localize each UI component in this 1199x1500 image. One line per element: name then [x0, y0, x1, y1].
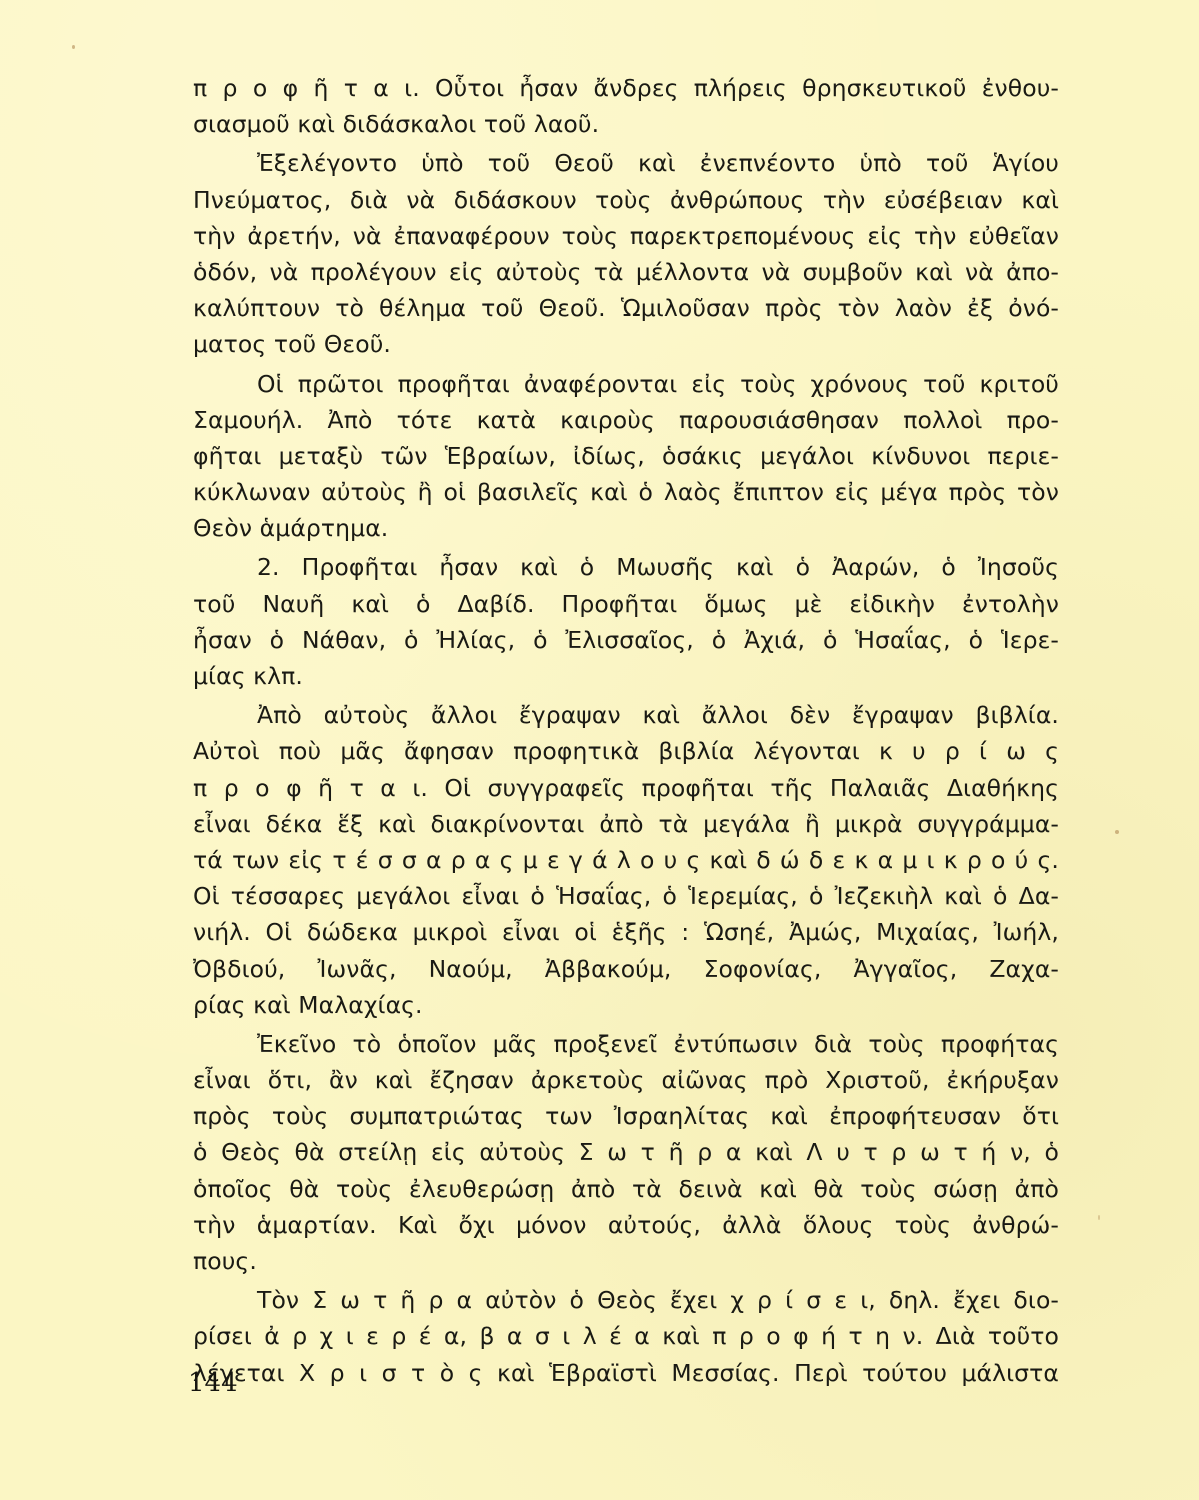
- text-line: λέγεται Χ ρ ι σ τ ὸ ς καὶ Ἑβραϊστὶ Μεσσί…: [193, 1355, 1059, 1391]
- text-line: π ρ ο φ ῆ τ α ι. Οἱ συγγραφεῖς προφῆται …: [193, 770, 1059, 806]
- text-line: κύκλωναν αὐτοὺς ἢ οἱ βασιλεῖς καὶ ὁ λαὸς…: [193, 474, 1059, 510]
- text-line: Αὐτοὶ ποὺ μᾶς ἄφησαν προφητικὰ βιβλία λέ…: [193, 733, 1059, 769]
- text-line: ὁ Θεὸς θὰ στείλῃ εἰς αὐτοὺς Σ ω τ ῆ ρ α …: [193, 1134, 1059, 1170]
- text-line: τά των εἰς τ έ σ σ α ρ α ς μ ε γ ά λ ο υ…: [193, 842, 1059, 878]
- text-line: μίας κλπ.: [193, 658, 1059, 694]
- paragraph: Ἐξελέγοντο ὑπὸ τοῦ Θεοῦ καὶ ἐνεπνέοντο ὑ…: [193, 145, 1059, 362]
- paper-speck: [1115, 830, 1119, 834]
- paragraph: Τὸν Σ ω τ ῆ ρ α αὐτὸν ὁ Θεὸς ἔχει χ ρ ί …: [193, 1282, 1059, 1391]
- paragraph: 2. Προφῆται ἦσαν καὶ ὁ Μωυσῆς καὶ ὁ Ἀαρώ…: [193, 549, 1059, 694]
- text-line: Πνεύματος, διὰ νὰ διδάσκουν τοὺς ἀνθρώπο…: [193, 182, 1059, 218]
- text-line: Σαμουήλ. Ἀπὸ τότε κατὰ καιροὺς παρουσιάσ…: [193, 402, 1059, 438]
- text-line: εἶναι δέκα ἕξ καὶ διακρίνονται ἀπὸ τὰ με…: [193, 806, 1059, 842]
- text-line: ἦσαν ὁ Νάθαν, ὁ Ἠλίας, ὁ Ἐλισσαῖος, ὁ Ἀχ…: [193, 622, 1059, 658]
- text-line: εἶναι ὅτι, ἂν καὶ ἔζησαν ἀρκετοὺς αἰῶνας…: [193, 1062, 1059, 1098]
- text-line: φῆται μεταξὺ τῶν Ἑβραίων, ἰδίως, ὁσάκις …: [193, 438, 1059, 474]
- text-line: ὁποῖος θὰ τοὺς ἐλευθερώσῃ ἀπὸ τὰ δεινὰ κ…: [193, 1171, 1059, 1207]
- text-line: 2. Προφῆται ἦσαν καὶ ὁ Μωυσῆς καὶ ὁ Ἀαρώ…: [193, 549, 1059, 585]
- text-line: Ἀπὸ αὐτοὺς ἄλλοι ἔγραψαν καὶ ἄλλοι δὲν ἔ…: [193, 697, 1059, 733]
- text-line: νιήλ. Οἱ δώδεκα μικροὶ εἶναι οἱ ἑξῆς : Ὡ…: [193, 914, 1059, 950]
- paragraph: Οἱ πρῶτοι προφῆται ἀναφέρονται εἰς τοὺς …: [193, 366, 1059, 547]
- text-line: Θεὸν ἁμάρτημα.: [193, 510, 1059, 546]
- text-line: Ὀβδιού, Ἰωνᾶς, Ναούμ, Ἀββακούμ, Σοφονίας…: [193, 951, 1059, 987]
- text-line: τοῦ Ναυῆ καὶ ὁ Δαβίδ. Προφῆται ὅμως μὲ ε…: [193, 586, 1059, 622]
- paper-speck: [72, 45, 75, 49]
- page-number: 144: [188, 1368, 238, 1398]
- text-line: Τὸν Σ ω τ ῆ ρ α αὐτὸν ὁ Θεὸς ἔχει χ ρ ί …: [193, 1282, 1059, 1318]
- book-page: π ρ ο φ ῆ τ α ι. Οὗτοι ἦσαν ἄνδρες πλήρε…: [0, 0, 1199, 1500]
- paper-speck: [1098, 1215, 1100, 1220]
- text-line: τὴν ἀρετήν, νὰ ἐπαναφέρουν τοὺς παρεκτρε…: [193, 218, 1059, 254]
- body-text: π ρ ο φ ῆ τ α ι. Οὗτοι ἦσαν ἄνδρες πλήρε…: [193, 70, 1059, 1394]
- paragraph: Ἀπὸ αὐτοὺς ἄλλοι ἔγραψαν καὶ ἄλλοι δὲν ἔ…: [193, 697, 1059, 1023]
- text-line: ρίσει ἀ ρ χ ι ε ρ έ α, β α σ ι λ έ α καὶ…: [193, 1318, 1059, 1354]
- text-line: Οἱ πρῶτοι προφῆται ἀναφέρονται εἰς τοὺς …: [193, 366, 1059, 402]
- text-line: τὴν ἁμαρτίαν. Καὶ ὄχι μόνον αὐτούς, ἀλλὰ…: [193, 1207, 1059, 1243]
- text-line: Ἐκεῖνο τὸ ὁποῖον μᾶς προξενεῖ ἐντύπωσιν …: [193, 1026, 1059, 1062]
- text-line: Ἐξελέγοντο ὑπὸ τοῦ Θεοῦ καὶ ἐνεπνέοντο ὑ…: [193, 145, 1059, 181]
- text-line: ρίας καὶ Μαλαχίας.: [193, 987, 1059, 1023]
- text-line: ὁδόν, νὰ προλέγουν εἰς αὐτοὺς τὰ μέλλοντ…: [193, 254, 1059, 290]
- text-line: ματος τοῦ Θεοῦ.: [193, 326, 1059, 362]
- text-line: πους.: [193, 1243, 1059, 1279]
- text-line: καλύπτουν τὸ θέλημα τοῦ Θεοῦ. Ὡμιλοῦσαν …: [193, 290, 1059, 326]
- paragraph: π ρ ο φ ῆ τ α ι. Οὗτοι ἦσαν ἄνδρες πλήρε…: [193, 70, 1059, 142]
- paragraph: Ἐκεῖνο τὸ ὁποῖον μᾶς προξενεῖ ἐντύπωσιν …: [193, 1026, 1059, 1279]
- text-line: πρὸς τοὺς συμπατριώτας των Ἰσραηλίτας κα…: [193, 1098, 1059, 1134]
- text-line: σιασμοῦ καὶ διδάσκαλοι τοῦ λαοῦ.: [193, 106, 1059, 142]
- text-line: Οἱ τέσσαρες μεγάλοι εἶναι ὁ Ἡσαΐας, ὁ Ἱε…: [193, 878, 1059, 914]
- text-line: π ρ ο φ ῆ τ α ι. Οὗτοι ἦσαν ἄνδρες πλήρε…: [193, 70, 1059, 106]
